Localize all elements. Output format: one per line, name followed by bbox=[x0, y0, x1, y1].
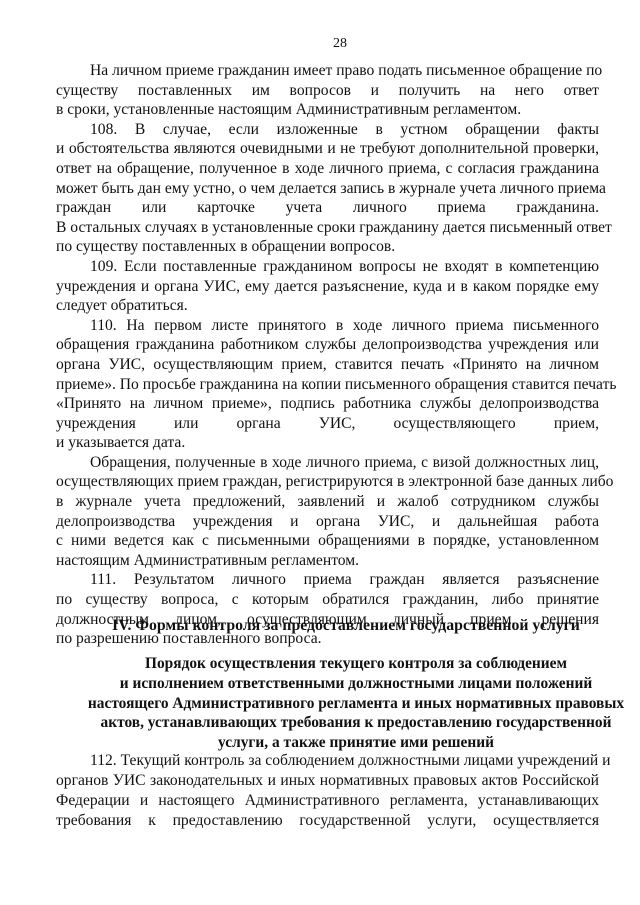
text-line: 111. Результатом личного приема граждан … bbox=[56, 570, 599, 590]
text-line: требования к предоставлению государствен… bbox=[56, 811, 599, 831]
text-line: 108. В случае, если изложенные в устном … bbox=[56, 120, 599, 140]
text-line: и обстоятельства являются очевидными и н… bbox=[56, 139, 599, 159]
text-line: органа УИС, осуществляющим прием, ставит… bbox=[56, 355, 599, 375]
text-line: 110. На первом листе принятого в ходе ли… bbox=[56, 316, 599, 336]
text-line: по существу вопроса, с которым обратился… bbox=[56, 590, 599, 610]
text-line: осуществляющих прием граждан, регистриру… bbox=[56, 472, 599, 492]
text-line: настоящим Административным регламентом. bbox=[56, 551, 599, 571]
text-line: учреждения или органа УИС, осуществляюще… bbox=[56, 414, 599, 434]
text-line: 109. Если поставленные гражданином вопро… bbox=[56, 257, 599, 277]
text-line: по существу поставленных в обращении воп… bbox=[56, 237, 599, 257]
subheading-line: Порядок осуществления текущего контроля … bbox=[56, 654, 640, 674]
text-line: органов УИС законодательных и иных норма… bbox=[56, 771, 599, 791]
text-line: учреждения и органа УИС, ему дается разъ… bbox=[56, 277, 599, 297]
text-line: приеме». По просьбе гражданина на копии … bbox=[56, 375, 599, 395]
body-text-top: На личном приеме гражданин имеет право п… bbox=[56, 61, 599, 649]
text-line: следует обратиться. bbox=[56, 296, 599, 316]
subsection-heading: Порядок осуществления текущего контроля … bbox=[56, 654, 640, 753]
subheading-line: услуги, а также принятие ими решений bbox=[56, 733, 640, 753]
text-line: с ними ведется как с письменными обращен… bbox=[56, 531, 599, 551]
text-line: Федерации и настоящего Административного… bbox=[56, 791, 599, 811]
text-line: может быть дан ему устно, о чем делается… bbox=[56, 179, 599, 199]
text-line: Обращения, полученные в ходе личного при… bbox=[56, 453, 599, 473]
text-line: 112. Текущий контроль за соблюдением дол… bbox=[56, 751, 599, 771]
text-line: делопроизводства учреждения и органа УИС… bbox=[56, 512, 599, 532]
text-line: в журнале учета предложений, заявлений и… bbox=[56, 492, 599, 512]
text-line: граждан или карточке учета личного прием… bbox=[56, 198, 599, 218]
text-line: «Принято на личном приеме», подпись рабо… bbox=[56, 394, 599, 414]
subheading-line: настоящего Административного регламента … bbox=[56, 694, 640, 714]
text-line: В остальных случаях в установленные срок… bbox=[56, 218, 599, 238]
text-line: в сроки, установленные настоящим Админис… bbox=[56, 100, 599, 120]
page-number: 28 bbox=[0, 36, 640, 52]
text-line: На личном приеме гражданин имеет право п… bbox=[56, 61, 599, 81]
text-line: и указывается дата. bbox=[56, 433, 599, 453]
body-text-bottom: 112. Текущий контроль за соблюдением дол… bbox=[56, 751, 599, 831]
section-heading: IV. Формы контроля за предоставлением го… bbox=[112, 617, 568, 635]
text-line: ответ на обращение, полученное в ходе ли… bbox=[56, 159, 599, 179]
subheading-line: и исполнением ответственными должностным… bbox=[56, 674, 640, 694]
text-line: существу поставленных им вопросов и полу… bbox=[56, 81, 599, 101]
text-line: обращения гражданина работником службы д… bbox=[56, 335, 599, 355]
subheading-line: актов, устанавливающих требования к пред… bbox=[56, 713, 640, 733]
